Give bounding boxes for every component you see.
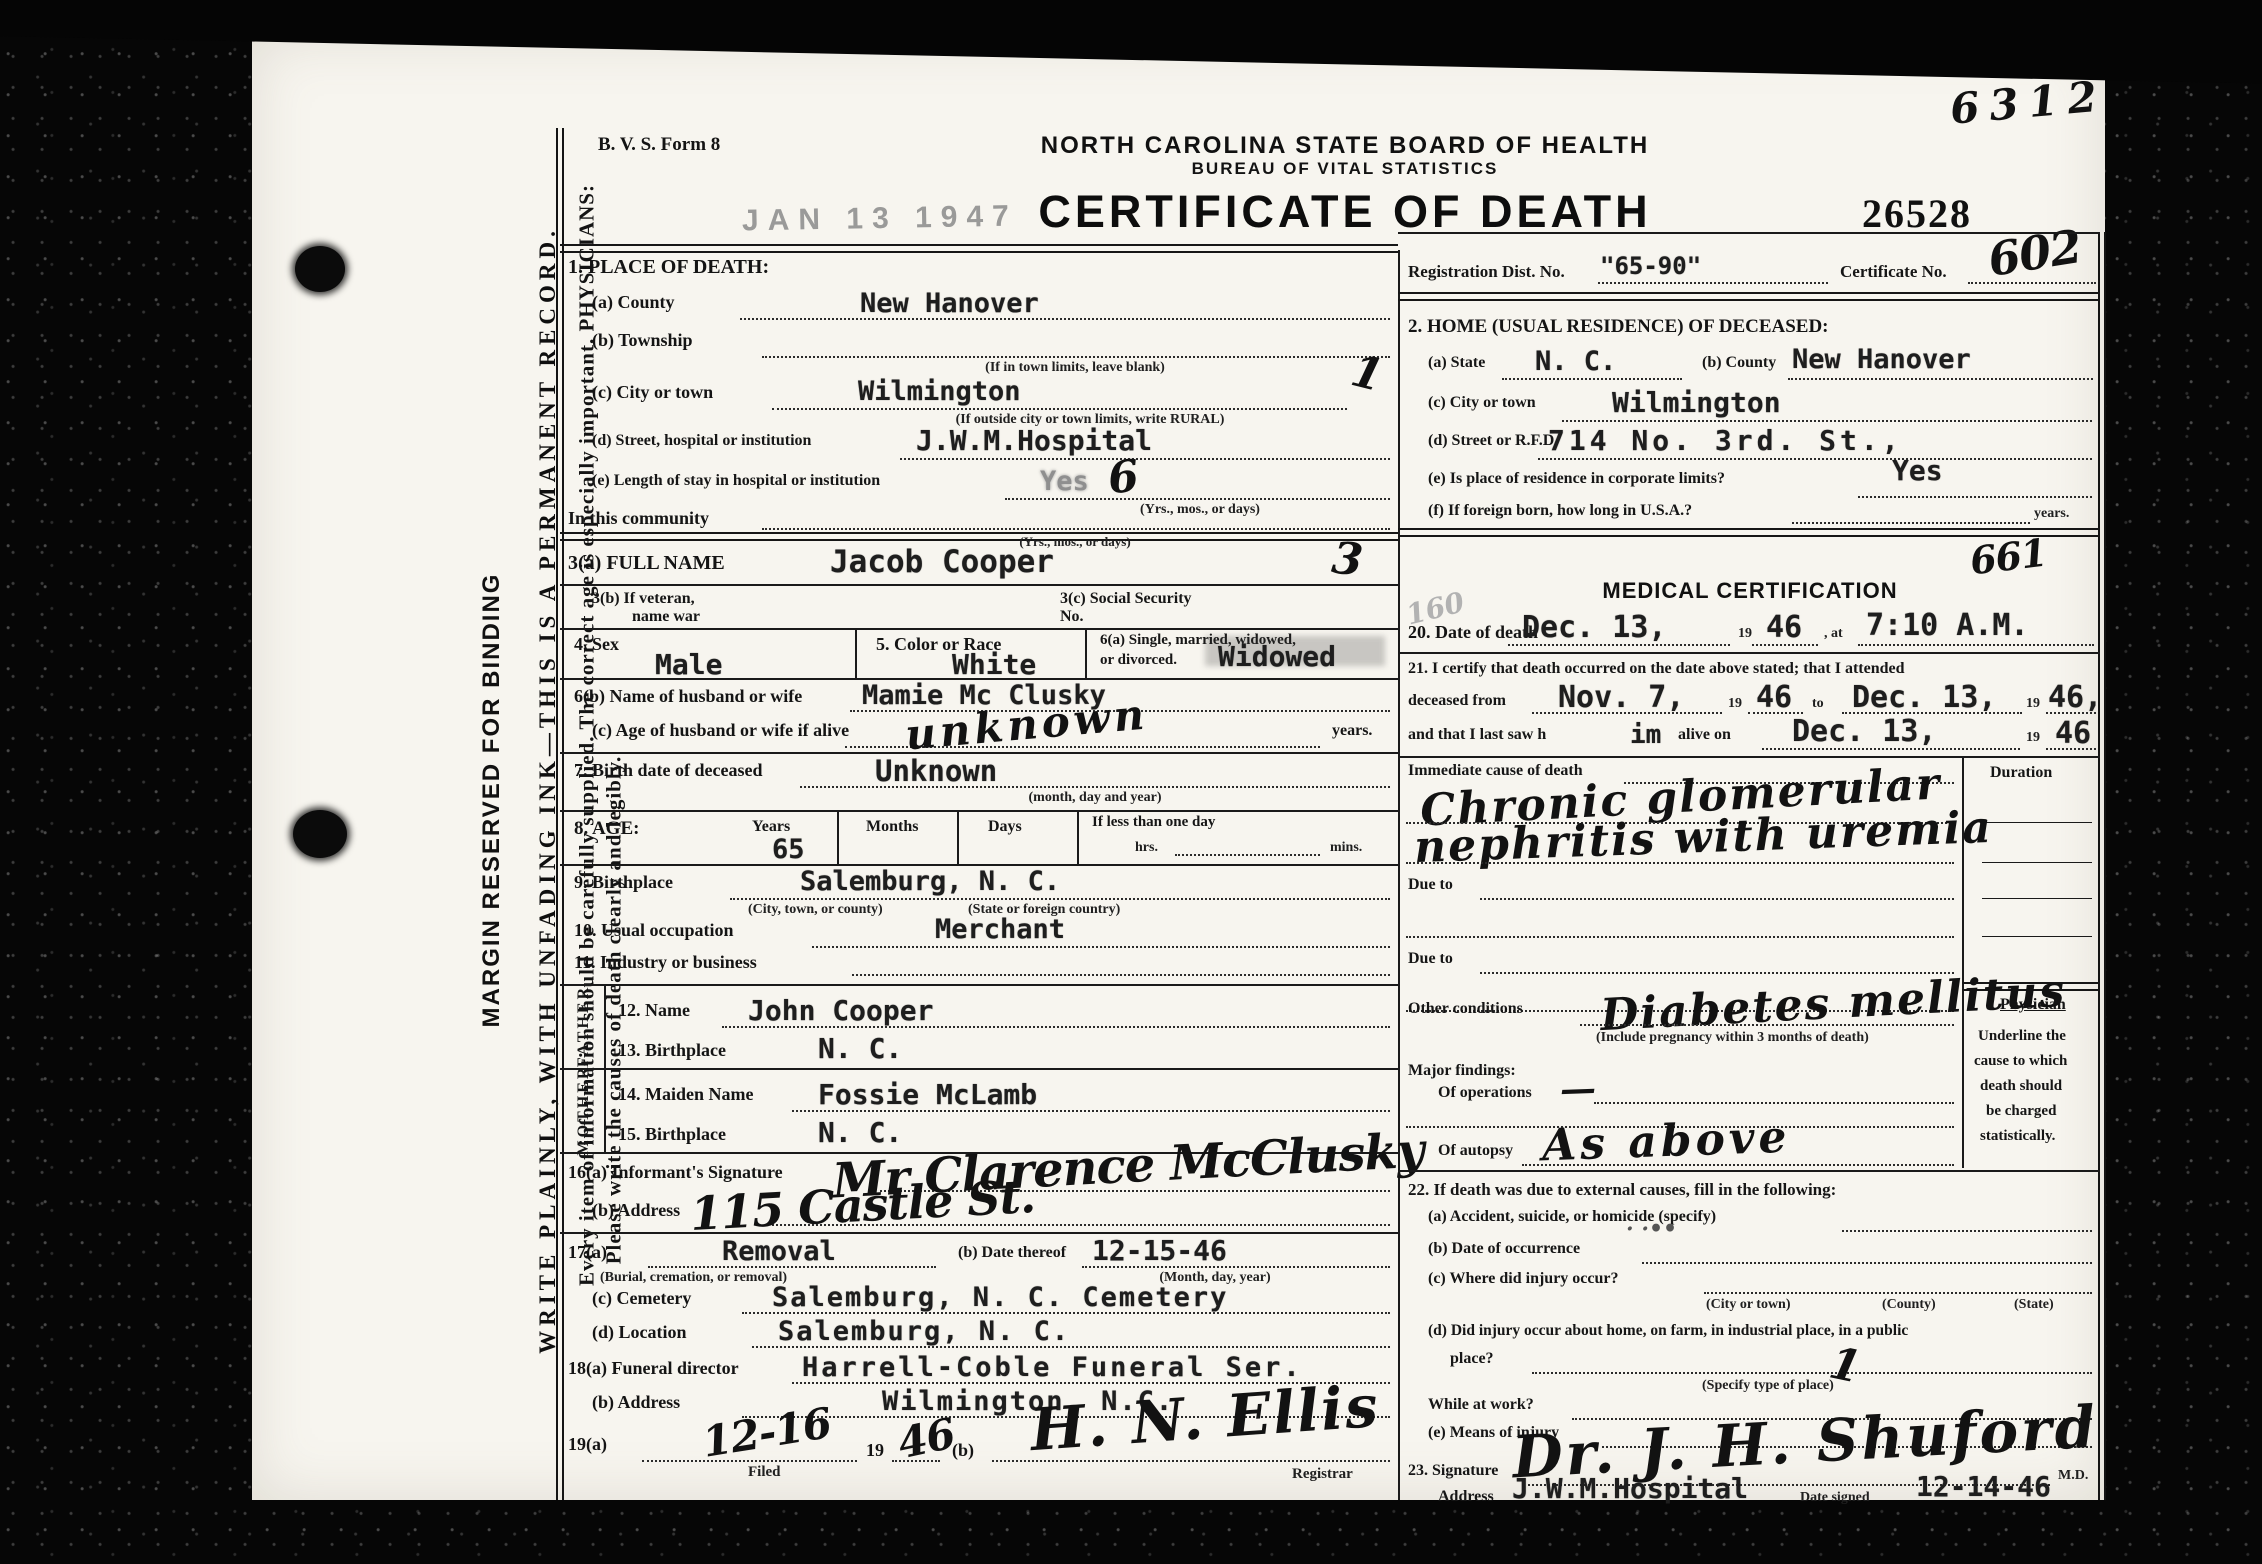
smudge-mark: · ·•• <box>1626 1216 1677 1242</box>
age-less-than-label: If less than one day <box>1092 814 1215 831</box>
blank-line <box>1005 498 1390 500</box>
father-birthplace-label: 13. Birthplace <box>618 1040 726 1061</box>
blank-line <box>1580 1024 1954 1026</box>
birthplace-note-1: (City, town, or county) <box>748 902 883 918</box>
of-autopsy-label: Of autopsy <box>1438 1142 1513 1160</box>
blank-line <box>1642 1262 2092 1264</box>
due-to-label-2: Due to <box>1408 950 1453 968</box>
last-saw-label: and that I last saw h <box>1408 726 1546 744</box>
form-right-border <box>2098 232 2106 1500</box>
date-of-death-value: Dec. 13, <box>1522 610 1667 645</box>
cemetery-label: (c) Cemetery <box>592 1288 691 1309</box>
rule <box>1085 628 1087 678</box>
certificate-no-label: Certificate No. <box>1840 262 1947 282</box>
funeral-director-value: Harrell-Coble Funeral Ser. <box>802 1352 1303 1383</box>
autopsy-value: As above <box>1541 1112 1791 1172</box>
marital-value: Widowed <box>1218 640 1336 673</box>
rule <box>855 628 857 678</box>
county-value: New Hanover <box>860 288 1039 319</box>
disposition-method-value: Removal <box>722 1236 836 1267</box>
blank-line <box>762 528 1390 530</box>
injury-place-label-2: place? <box>1450 1350 1494 1368</box>
rule <box>560 244 1398 253</box>
attended-to-year: 46, <box>2048 680 2102 715</box>
spouse-age-suffix: years. <box>1332 722 1372 740</box>
physician-note-line-2: cause to which <box>1974 1053 2067 1070</box>
blank-line <box>900 458 1390 460</box>
blank-line <box>1842 1230 2092 1232</box>
page-title: CERTIFICATE OF DEATH <box>1038 186 1651 238</box>
father-birthplace-value: N. C. <box>818 1032 902 1065</box>
certify-statement: 21. I certify that death occurred on the… <box>1408 660 1905 678</box>
blank-line <box>1175 854 1320 856</box>
occurrence-date-label: (b) Date of occurrence <box>1428 1240 1580 1258</box>
stay-faded-value: Yes <box>1040 466 1089 497</box>
rule <box>560 984 1398 986</box>
rule <box>560 628 1398 630</box>
blank-line <box>1598 282 1828 284</box>
home-street-label: (d) Street or R.F.D. <box>1428 432 1558 450</box>
bureau-subtitle: BUREAU OF VITAL STATISTICS <box>1192 159 1499 179</box>
blank-line <box>1406 862 1954 864</box>
attended-from-date: Nov. 7, <box>1558 680 1684 715</box>
rule <box>560 532 1398 541</box>
certifier-address-label: Address <box>1438 1488 1494 1506</box>
blank-line <box>730 898 1390 900</box>
disposition-date-label: (b) Date thereof <box>958 1244 1066 1262</box>
date-of-death-label: 20. Date of death <box>1408 622 1538 643</box>
fullname-value: Jacob Cooper <box>830 544 1054 580</box>
registrar-caption: Registrar <box>1292 1466 1353 1483</box>
location-label: (d) Location <box>592 1322 687 1343</box>
father-name-label: 12. Name <box>618 1000 690 1021</box>
industry-label: 11. Industry or business <box>574 952 757 973</box>
blank-line <box>1406 936 1954 938</box>
rule <box>1077 810 1079 864</box>
home-corporate-value: Yes <box>1892 454 1943 487</box>
city-label: (c) City or town <box>592 382 713 403</box>
duration-cell-line <box>1982 898 2092 899</box>
attended-from-year: 46 <box>1756 680 1792 715</box>
operations-dash-mark: — <box>1559 1067 1595 1110</box>
due-to-label-1: Due to <box>1408 876 1453 894</box>
home-city-value: Wilmington <box>1612 386 1781 419</box>
stay-handwritten-value: 6 <box>1105 451 1140 505</box>
home-county-value: New Hanover <box>1792 344 1971 375</box>
home-corporate-label: (e) Is place of residence in corporate l… <box>1428 470 1725 488</box>
date-of-death-year: 46 <box>1766 610 1802 645</box>
spouse-label: 6(b) Name of husband or wife <box>574 686 802 707</box>
mother-birthplace-value: N. C. <box>818 1116 902 1149</box>
blank-line <box>1792 522 2030 524</box>
duration-cell-line <box>1982 936 2092 937</box>
registration-district-label: Registration Dist. No. <box>1408 262 1565 282</box>
last-saw-him: im <box>1630 720 1661 750</box>
duration-cell-line <box>1982 862 2092 863</box>
injury-place-note: (Specify type of place) <box>1702 1378 1834 1394</box>
physician-note-line-4: be charged <box>1986 1103 2056 1120</box>
injury-state-note: (State) <box>2014 1297 2054 1313</box>
age-hrs-label: hrs. <box>1135 840 1158 856</box>
scanned-death-certificate: MARGIN RESERVED FOR BINDING WRITE PLAINL… <box>0 0 2262 1564</box>
community-label: In this community <box>568 508 709 529</box>
funeral-director-label: 18(a) Funeral director <box>568 1358 739 1379</box>
township-note: (If in town limits, leave blank) <box>985 360 1165 376</box>
injury-county-note: (County) <box>1882 1297 1936 1313</box>
blank-line <box>1562 420 2092 422</box>
blank-line <box>772 408 1347 410</box>
county-label: (a) County <box>592 292 675 313</box>
disposition-method-note: (Burial, cremation, or removal) <box>600 1270 787 1286</box>
sex-label: 4. Sex <box>574 634 619 655</box>
punch-hole <box>293 810 347 858</box>
age-months-label: Months <box>866 818 918 836</box>
blank-line <box>1704 1292 2092 1294</box>
injury-city-note: (City or town) <box>1706 1297 1791 1313</box>
certifier-address-value: J.W.M.Hospital <box>1512 1472 1748 1505</box>
physician-note-line-1: Underline the <box>1978 1028 2066 1045</box>
blank-line <box>1858 644 2094 646</box>
informant-signature-label: 16(a) Informant's Signature <box>568 1162 783 1183</box>
received-date-stamp: JAN 13 1947 <box>742 200 1018 239</box>
age-days-label: Days <box>988 818 1022 836</box>
year-prefix: 19 <box>2026 696 2040 712</box>
home-foreign-suffix: years. <box>2034 506 2069 522</box>
marital-label-2: or divorced. <box>1100 652 1177 669</box>
sex-value: Male <box>655 648 722 681</box>
stay-note: (Yrs., mos., or days) <box>1140 502 1260 518</box>
attended-to-date: Dec. 13, <box>1852 680 1997 715</box>
mother-side-label: MOTHER <box>575 1065 593 1156</box>
ssn-label-2: No. <box>1060 608 1084 626</box>
rule <box>560 810 1398 812</box>
age-mins-label: mins. <box>1330 840 1362 856</box>
city-value: Wilmington <box>858 376 1021 407</box>
handwritten-mark: 3 <box>1329 533 1364 587</box>
rule <box>560 584 1398 586</box>
date-of-death-time: 7:10 A.M. <box>1866 608 2029 643</box>
handwritten-page-code: 661 <box>1968 530 2049 584</box>
registration-district-value: "65-90" <box>1600 252 1701 280</box>
mother-maiden-value: Fossie McLamb <box>818 1078 1037 1111</box>
fullname-label: 3(a) FULL NAME <box>568 552 725 575</box>
rule <box>1398 1170 2100 1172</box>
blank-line <box>852 974 1390 976</box>
form-center-divider <box>1398 250 1400 1500</box>
md-suffix: M.D. <box>2058 1468 2088 1484</box>
home-title: 2. HOME (USUAL RESIDENCE) OF DECEASED: <box>1408 316 1829 338</box>
board-title: NORTH CAROLINA STATE BOARD OF HEALTH <box>1041 132 1649 160</box>
year-prefix: 19 <box>2026 730 2040 746</box>
duration-label: Duration <box>1990 764 2052 782</box>
form-left-border <box>556 128 564 1500</box>
blank-line <box>1538 458 2092 460</box>
last-saw-year: 46 <box>2055 716 2091 751</box>
medical-certification-title: MEDICAL CERTIFICATION <box>1602 578 1897 604</box>
at-label: , at <box>1824 626 1843 642</box>
spouse-age-label: (c) Age of husband or wife if alive <box>592 720 849 741</box>
blank-line <box>1858 496 2092 498</box>
place-of-death-title: 1. PLACE OF DEATH: <box>568 256 769 279</box>
birthdate-value: Unknown <box>875 754 997 788</box>
filed-b-label: (b) <box>952 1440 974 1461</box>
ssn-label: 3(c) Social Security <box>1060 590 1192 608</box>
mother-birthplace-label: 15. Birthplace <box>618 1124 726 1145</box>
birthdate-note: (month, day and year) <box>1028 790 1161 806</box>
blank-line <box>1480 972 1954 974</box>
home-county-label: (b) County <box>1702 354 1776 372</box>
occupation-label: 10. Usual occupation <box>574 920 734 941</box>
mother-maiden-label: 14. Maiden Name <box>618 1084 753 1105</box>
blank-line <box>642 1460 857 1462</box>
blank-line <box>1522 1164 1954 1166</box>
home-foreign-label: (f) If foreign born, how long in U.S.A.? <box>1428 502 1692 520</box>
blank-line <box>740 318 1390 320</box>
home-state-value: N. C. <box>1535 346 1616 377</box>
certifier-signature-label: 23. Signature <box>1408 1462 1498 1480</box>
veteran-label: 3(b) If veteran, <box>592 590 695 608</box>
rule <box>1398 292 2100 301</box>
disposition-label: 17(a) <box>568 1242 607 1263</box>
birthplace-value: Salemburg, N. C. <box>800 866 1060 897</box>
blank-line <box>812 946 1390 948</box>
blank-line <box>1788 378 2093 380</box>
rule <box>560 1068 1398 1070</box>
birthplace-label: 9. Birthplace <box>574 872 673 893</box>
filed-label: 19(a) <box>568 1434 607 1455</box>
age-years-value: 65 <box>772 834 805 865</box>
blank-line <box>1532 1372 2092 1374</box>
race-value: White <box>952 648 1036 681</box>
date-signed-value: 12-14-46 <box>1916 1470 2051 1503</box>
duration-cell-line <box>1982 822 2092 823</box>
rule <box>1398 232 2100 234</box>
funeral-director-address-label: (b) Address <box>592 1392 680 1413</box>
while-at-work-label: While at work? <box>1428 1396 1534 1414</box>
rule <box>1398 756 2100 758</box>
rule <box>1398 652 2100 654</box>
physician-note-line-5: statistically. <box>1980 1128 2055 1145</box>
blank-line <box>1480 898 1954 900</box>
injury-where-label: (c) Where did injury occur? <box>1428 1270 1619 1288</box>
serial-number: 26528 <box>1862 190 1972 237</box>
informant-address-label: (b) Address <box>592 1200 680 1221</box>
rule <box>560 1232 1398 1234</box>
disposition-date-value: 12-15-46 <box>1092 1234 1227 1267</box>
filed-year-prefix: 19 <box>866 1440 884 1461</box>
punch-hole <box>295 246 345 292</box>
blank-line <box>1968 282 2096 284</box>
father-side-label: FATHER <box>575 985 593 1067</box>
township-label: (b) Township <box>592 330 693 351</box>
date-signed-label: Date signed <box>1800 1490 1870 1506</box>
blank-line <box>762 356 1390 358</box>
rule <box>957 810 959 864</box>
external-causes-title: 22. If death was due to external causes,… <box>1408 1180 1836 1200</box>
last-saw-date: Dec. 13, <box>1792 714 1937 749</box>
other-conditions-label: Other conditions <box>1408 1000 1523 1018</box>
street-label: (d) Street, hospital or institution <box>592 432 811 450</box>
home-state-label: (a) State <box>1428 354 1485 372</box>
cemetery-value: Salemburg, N. C. Cemetery <box>772 1282 1228 1313</box>
year-prefix: 19 <box>1738 626 1752 642</box>
of-operations-label: Of operations <box>1438 1084 1532 1102</box>
father-name-value: John Cooper <box>748 994 933 1027</box>
location-value: Salemburg, N. C. <box>778 1316 1070 1347</box>
occupation-value: Merchant <box>935 914 1065 945</box>
major-findings-label: Major findings: <box>1408 1062 1516 1080</box>
immediate-cause-label: Immediate cause of death <box>1408 762 1583 780</box>
home-street-value: 714 No. 3rd. St., <box>1548 424 1903 457</box>
margin-binding-text: MARGIN RESERVED FOR BINDING <box>478 573 506 1028</box>
other-conditions-note: (Include pregnancy within 3 months of de… <box>1596 1030 1869 1046</box>
age-label: 8. AGE: <box>574 818 639 840</box>
blank-line <box>1594 1102 1954 1104</box>
home-city-label: (c) City or town <box>1428 394 1536 412</box>
rule <box>837 810 839 864</box>
blank-line <box>1502 378 1682 380</box>
to-label: to <box>1812 696 1824 712</box>
stay-label: (e) Length of stay in hospital or instit… <box>592 472 880 490</box>
attended-from-label: deceased from <box>1408 692 1506 710</box>
form-number: B. V. S. Form 8 <box>598 134 720 156</box>
physician-note-line-3: death should <box>1980 1078 2062 1095</box>
veteran-label-2: name war <box>632 608 700 626</box>
alive-on-label: alive on <box>1678 726 1731 744</box>
filed-caption: Filed <box>748 1464 781 1481</box>
birthdate-label: 7. Birth date of deceased <box>574 760 762 781</box>
year-prefix: 19 <box>1728 696 1742 712</box>
